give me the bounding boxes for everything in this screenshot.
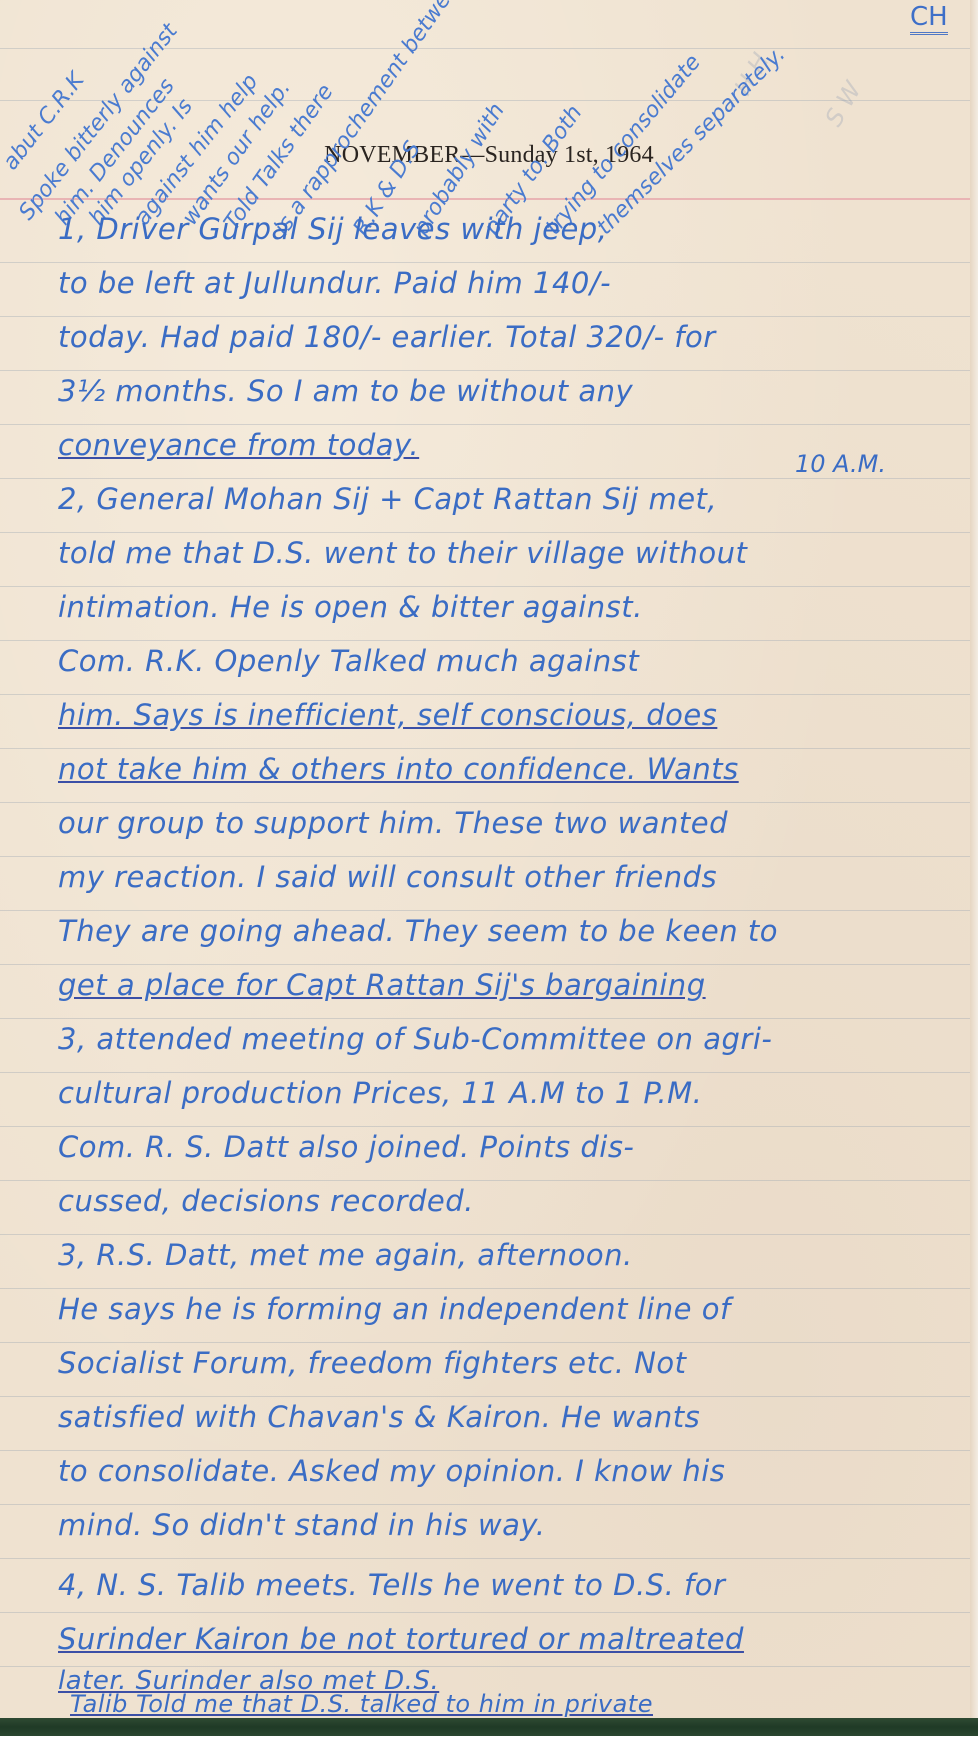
corner-mark: CH	[910, 2, 948, 35]
ruled-line	[0, 316, 970, 317]
ruled-line	[0, 640, 970, 641]
ruled-line	[0, 424, 970, 425]
ruled-line	[0, 1180, 970, 1181]
ruled-line	[0, 1558, 970, 1559]
ruled-line	[0, 1234, 970, 1235]
entry-line: 2, General Mohan Sij + Capt Rattan Sij m…	[58, 482, 717, 516]
ruled-line	[0, 478, 970, 479]
entry-line: my reaction. I said will consult other f…	[58, 860, 717, 894]
ruled-line	[0, 856, 970, 857]
entry-line: They are going ahead. They seem to be ke…	[58, 914, 778, 948]
ruled-line	[0, 1504, 970, 1505]
entry-line: 4, N. S. Talib meets. Tells he went to D…	[58, 1568, 725, 1602]
time-note: 10 A.M.	[795, 450, 886, 478]
ruled-line	[0, 586, 970, 587]
entry-line: Surinder Kairon be not tortured or maltr…	[58, 1622, 744, 1656]
entry-line: to consolidate. Asked my opinion. I know…	[58, 1454, 725, 1488]
ruled-line	[0, 1018, 970, 1019]
entry-line: to be left at Jullundur. Paid him 140/-	[58, 266, 611, 300]
entry-line: him. Says is inefficient, self conscious…	[58, 698, 717, 732]
entry-line: satisfied with Chavan's & Kairon. He wan…	[58, 1400, 700, 1434]
ruled-line	[0, 1342, 970, 1343]
ruled-line	[0, 694, 970, 695]
entry-line: He says he is forming an independent lin…	[58, 1292, 731, 1326]
entry-line: told me that D.S. went to their village …	[58, 536, 747, 570]
entry-line: cussed, decisions recorded.	[58, 1184, 474, 1218]
background-below	[0, 1736, 978, 1746]
entry-line: cultural production Prices, 11 A.M to 1 …	[58, 1076, 702, 1110]
entry-line: 3, R.S. Datt, met me again, afternoon.	[58, 1238, 633, 1272]
entry-line: today. Had paid 180/- earlier. Total 320…	[58, 320, 716, 354]
entry-line: conveyance from today.	[58, 428, 419, 462]
entry-line: intimation. He is open & bitter against.	[58, 590, 643, 624]
ruled-line	[0, 1072, 970, 1073]
entry-line: Com. R. S. Datt also joined. Points dis-	[58, 1130, 634, 1164]
ruled-line	[0, 748, 970, 749]
entry-line: Com. R.K. Openly Talked much against	[58, 644, 639, 678]
ruled-line	[0, 1396, 970, 1397]
notebook-binding	[0, 1718, 978, 1736]
entry-line: 3½ months. So I am to be without any	[58, 374, 633, 408]
ruled-line	[0, 532, 970, 533]
ruled-line	[0, 1288, 970, 1289]
ruled-line	[0, 1612, 970, 1613]
ruled-line	[0, 1450, 970, 1451]
entry-line: Talib Told me that D.S. talked to him in…	[70, 1690, 653, 1718]
page-edge	[970, 0, 978, 1718]
ruled-line	[0, 802, 970, 803]
entry-line: 1, Driver Gurpal Sij leaves with jeep,	[58, 212, 607, 246]
ruled-line	[0, 1126, 970, 1127]
ruled-line	[0, 910, 970, 911]
entry-line: get a place for Capt Rattan Sij's bargai…	[58, 968, 706, 1002]
ruled-line	[0, 964, 970, 965]
entry-line: not take him & others into confidence. W…	[58, 752, 739, 786]
entry-line: Socialist Forum, freedom fighters etc. N…	[58, 1346, 687, 1380]
entry-line: 3, attended meeting of Sub-Committee on …	[58, 1022, 772, 1056]
entry-line: mind. So didn't stand in his way.	[58, 1508, 546, 1542]
ruled-line	[0, 262, 970, 263]
ruled-line	[0, 370, 970, 371]
entry-line: our group to support him. These two want…	[58, 806, 728, 840]
